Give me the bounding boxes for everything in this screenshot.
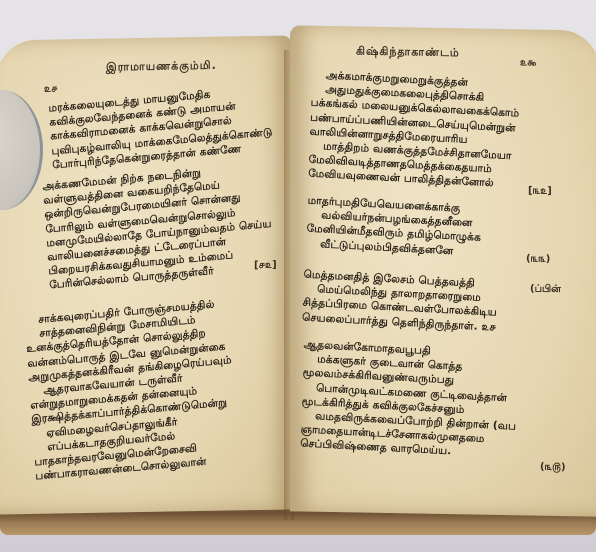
left-verse-block-2: அக்கணமேமன் நிற்க நடைநின்று வள்ளுவத்தினை …: [42, 160, 275, 293]
right-verse-block-2: மாதர்புமதியேவெயனைக்காக்கு வல்வியர்நன்பழங…: [306, 194, 482, 260]
right-page: கிஷ்கிந்தாகாண்டம் ௨௯ அக்கமாக்குமறுமைறுக்…: [290, 25, 596, 516]
verse-number: (௩௫): [540, 462, 566, 474]
right-running-head: கிஷ்கிந்தாகாண்டம்: [356, 44, 460, 61]
left-verse-block-3: சாக்கவுரைப்பதிர் போருஞ்சமயத்தில் சாத்தனை…: [24, 296, 239, 484]
left-running-head: இராமாயணக்கும்மி.: [106, 59, 217, 76]
verse-number: [௪௨]: [254, 260, 277, 272]
side-note: (ப்பின்: [530, 283, 561, 296]
verse-number: [௩௨]: [528, 185, 552, 197]
right-verse-block-4: ஆதலவன்கோமாதவபூபதி மக்களுகர் குடைவான் கொத…: [300, 338, 519, 463]
right-verse-block-3: மெத்தமனதித் இலேசம் பெத்தவத்தி மெய்மெலிந்…: [302, 268, 498, 335]
left-page-number: ௨௪: [44, 84, 58, 96]
right-page-number: ௨௯: [520, 57, 536, 69]
left-verse-block-1: மரக்கலையுடைத்து மாயனுமேதிக கவிக்குலவேந்த…: [48, 82, 274, 172]
verse-number: (௩௩): [526, 253, 550, 265]
open-book-photo: இராமாயணக்கும்மி. ௨௪ மரக்கலையுடைத்து மாயன…: [0, 0, 596, 552]
right-verse-block-1: அக்கமாக்குமறுமைறுக்குத்தன் அதுமதுக்குமைக…: [308, 68, 520, 192]
left-page: இராமாயணக்கும்மி. ௨௪ மரக்கலையுடைத்து மாயன…: [0, 35, 292, 514]
